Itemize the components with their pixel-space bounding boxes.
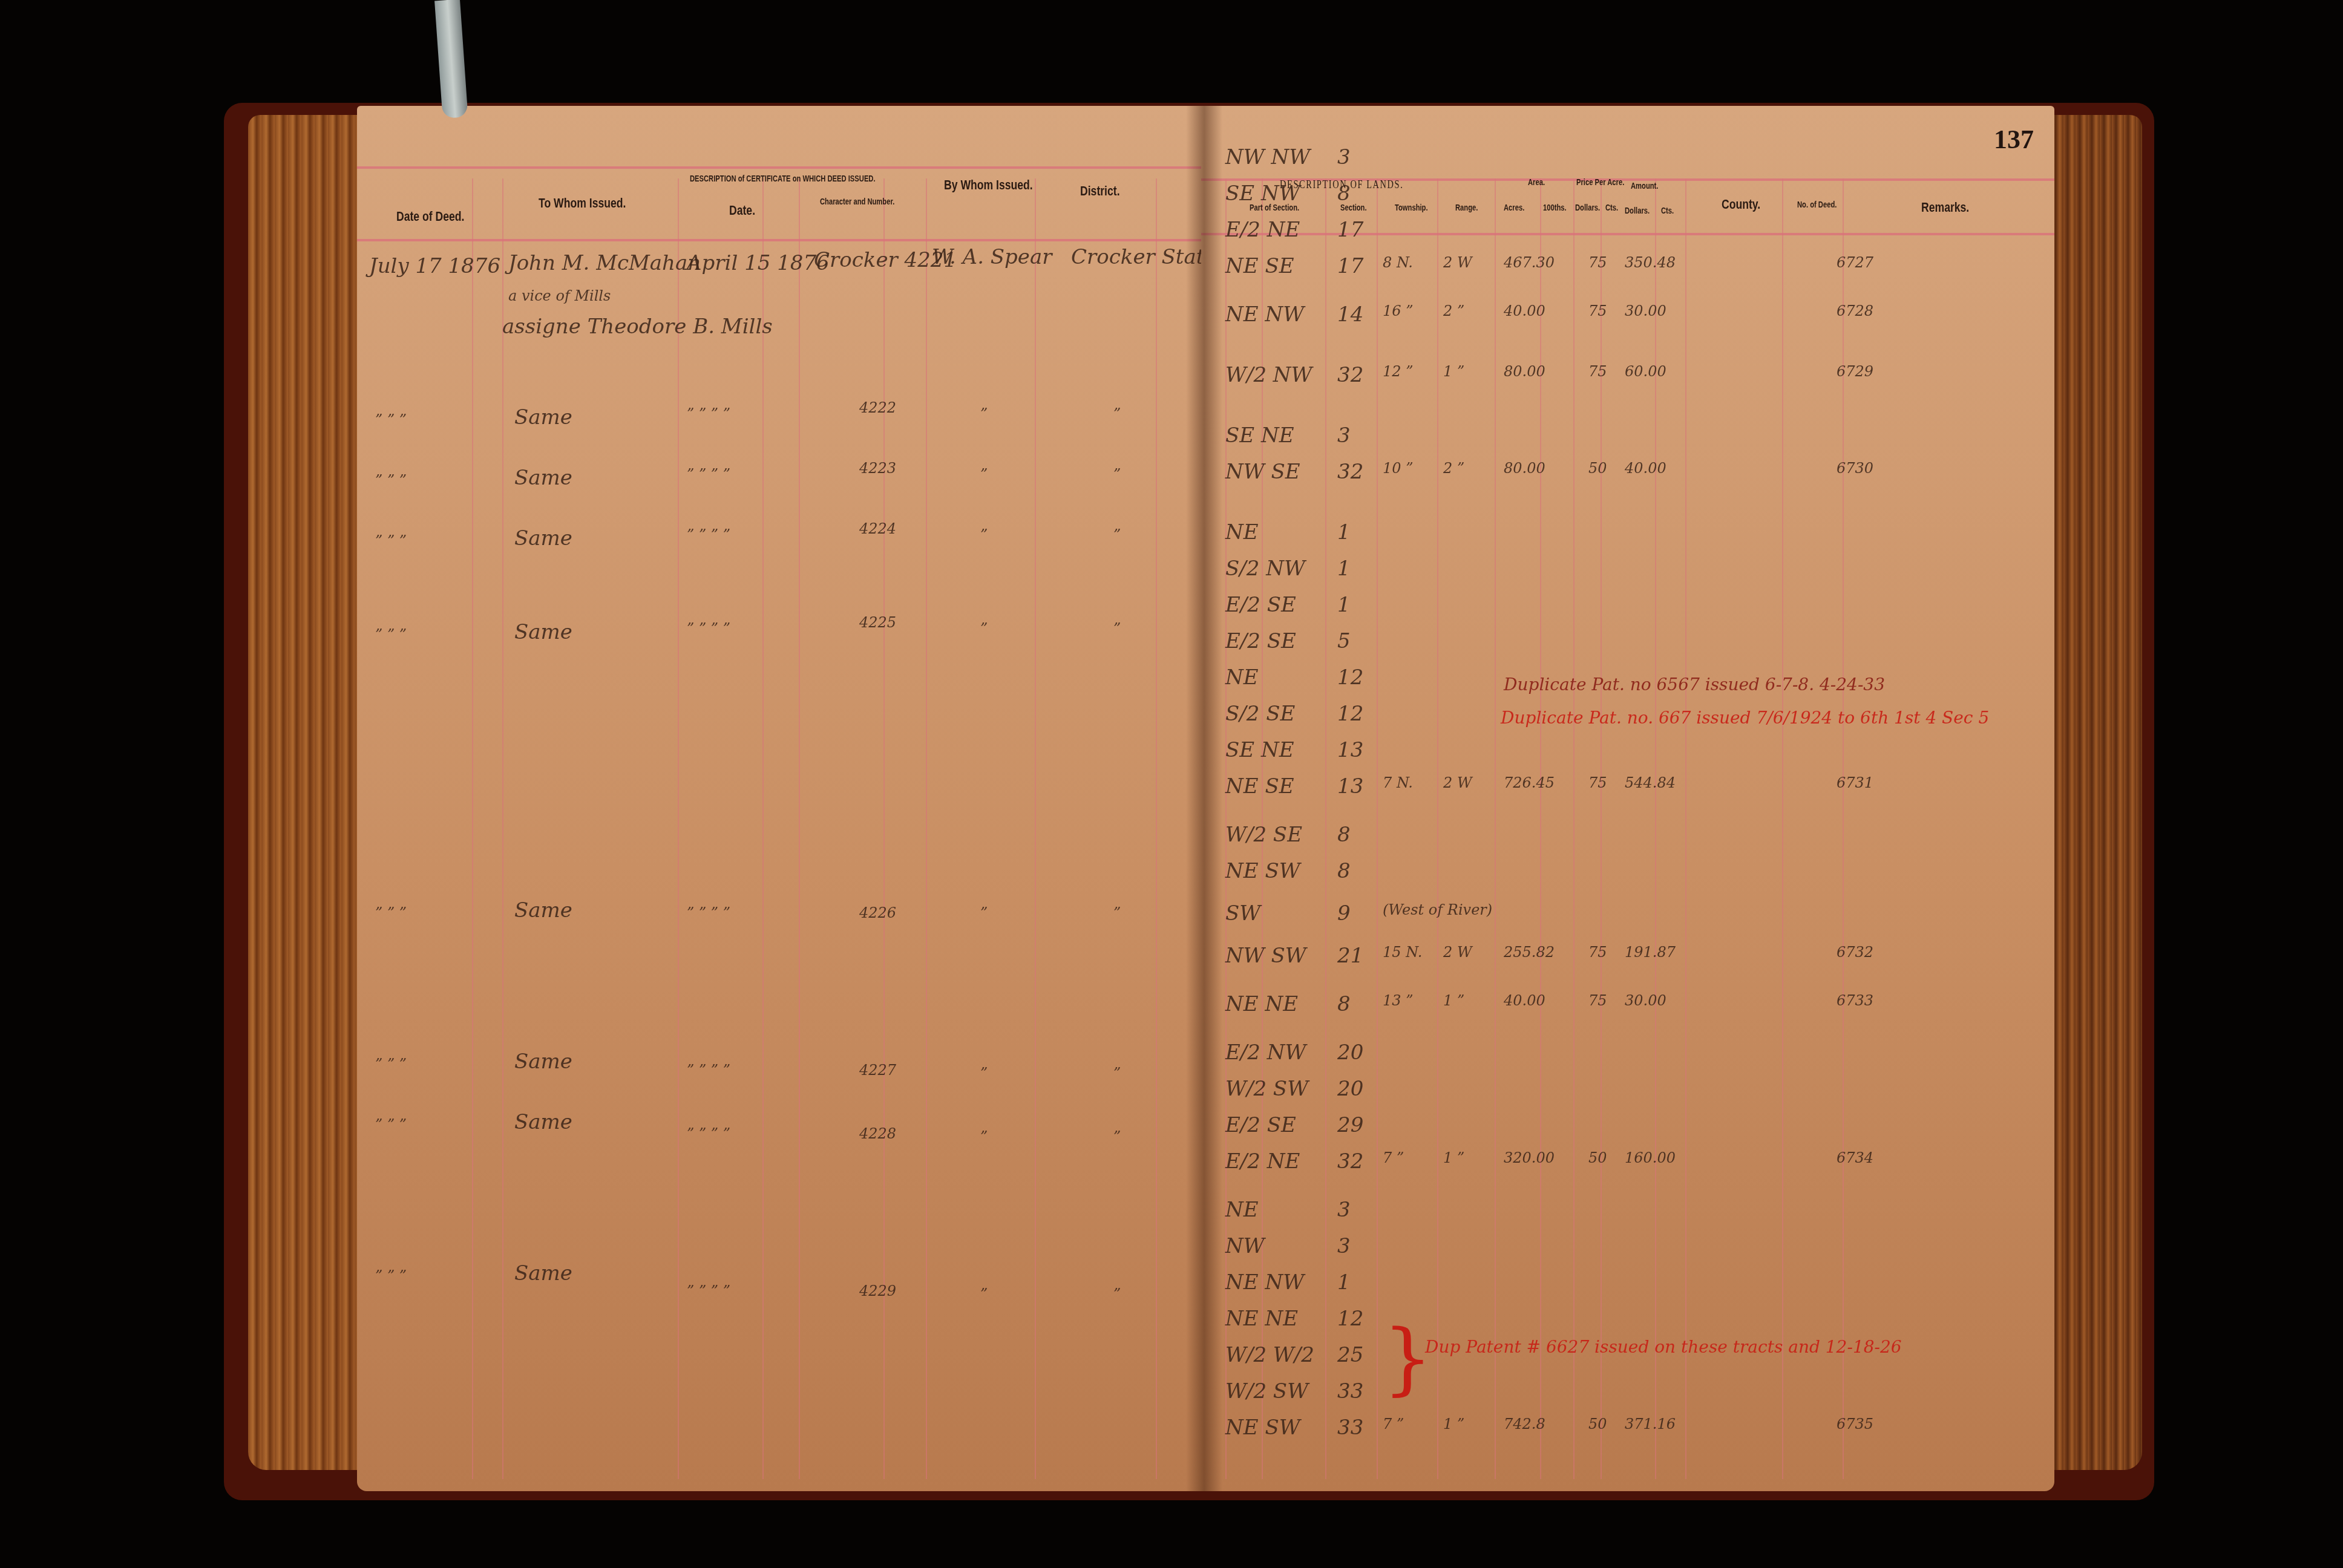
- land-deed-no: 6731: [1837, 774, 1873, 791]
- land-section: 29: [1337, 1113, 1363, 1137]
- land-range: 2 ”: [1443, 460, 1464, 477]
- land-amount: 30.00: [1625, 992, 1666, 1009]
- brace-icon: }: [1383, 1319, 1433, 1397]
- land-range: 1 ”: [1443, 992, 1464, 1009]
- land-section: 13: [1337, 738, 1363, 762]
- land-section: 1: [1337, 520, 1351, 544]
- entry-date-ditto: ” ” ”: [375, 626, 407, 643]
- entry-cert-date-ditto: ” ” ” ”: [687, 904, 730, 921]
- entry-by-whom-ditto: ”: [980, 1128, 988, 1145]
- entry-to-whom: Same: [514, 898, 572, 923]
- land-part: NW NW: [1225, 145, 1310, 169]
- land-township: 15 N.: [1383, 944, 1422, 961]
- land-deed-no: 6734: [1837, 1149, 1873, 1166]
- entry-to-whom: Same: [514, 405, 572, 430]
- land-part: S/2 SE: [1225, 702, 1295, 726]
- land-section: 32: [1337, 1149, 1363, 1174]
- header-bottom-rule: [1201, 233, 2054, 235]
- entry-assignee: assigne Theodore B. Mills: [502, 315, 773, 339]
- entry-cert-number: 4229: [859, 1282, 896, 1299]
- land-section: 3: [1337, 1234, 1351, 1258]
- land-section: 32: [1337, 363, 1363, 387]
- right-page: 137 DESCRIPTION OF LANDS. Part of Sectio…: [1201, 106, 2054, 1491]
- entry-cert-number: 4222: [859, 399, 896, 416]
- entry-cert-date-ditto: ” ” ” ”: [687, 466, 730, 483]
- header-district: District.: [1080, 183, 1120, 199]
- land-range: 2 W: [1443, 254, 1472, 271]
- entry-district-ditto: ”: [1113, 1285, 1121, 1302]
- page-edges-right: [2051, 115, 2142, 1470]
- entry-cert-number: 4228: [859, 1125, 896, 1142]
- entry-by-whom: W. A. Spear: [932, 245, 1052, 269]
- col-rule: [1782, 178, 1783, 1479]
- entry-cert-number: 4226: [859, 904, 896, 921]
- land-section: 5: [1337, 629, 1351, 653]
- land-township: 7 ”: [1383, 1149, 1404, 1166]
- col-rule: [1035, 178, 1036, 1479]
- entry-to-whom: Same: [514, 1110, 572, 1134]
- land-amount: 350.48: [1625, 254, 1676, 271]
- entry-by-whom-ditto: ”: [980, 1285, 988, 1302]
- col-rule: [1325, 178, 1326, 1479]
- col-rule: [926, 178, 927, 1479]
- header-top-rule: [357, 166, 1204, 169]
- entry-by-whom-ditto: ”: [980, 526, 988, 543]
- header-amount-cts: Cts.: [1661, 206, 1674, 215]
- col-rule: [762, 178, 764, 1479]
- land-part: E/2 SE: [1225, 629, 1296, 653]
- land-section: 8: [1337, 823, 1351, 847]
- header-county: County.: [1722, 197, 1760, 212]
- entry-date-ditto: ” ” ”: [375, 532, 407, 549]
- land-amount: 60.00: [1625, 363, 1666, 380]
- land-deed-no: 6735: [1837, 1416, 1873, 1432]
- land-deed-no: 6729: [1837, 363, 1873, 380]
- land-section: 3: [1337, 1198, 1351, 1222]
- land-part: SE NW: [1225, 181, 1300, 206]
- entry-district-ditto: ”: [1113, 904, 1121, 921]
- entry-to-whom: Same: [514, 620, 572, 644]
- land-section: 25: [1337, 1343, 1363, 1367]
- entry-note: a vice of Mills: [508, 287, 611, 304]
- entry-date-of-deed: July 17 1876: [369, 254, 500, 278]
- entry-cert-date-ditto: ” ” ” ”: [687, 1282, 730, 1299]
- land-price: 75: [1588, 992, 1607, 1009]
- entry-cert-number: 4224: [859, 520, 896, 537]
- header-acres: Acres.: [1504, 203, 1524, 212]
- entry-district-ditto: ”: [1113, 526, 1121, 543]
- land-price: 75: [1588, 774, 1607, 791]
- entry-date-ditto: ” ” ”: [375, 1267, 407, 1284]
- entry-to-whom: Same: [514, 1050, 572, 1074]
- col-rule: [1377, 178, 1378, 1479]
- land-amount: 30.00: [1625, 302, 1666, 319]
- land-part: NE: [1225, 520, 1259, 544]
- land-part: E/2 NE: [1225, 218, 1300, 242]
- land-price: 75: [1588, 363, 1607, 380]
- land-part: E/2 SE: [1225, 1113, 1296, 1137]
- land-price: 75: [1588, 944, 1607, 961]
- land-amount: 160.00: [1625, 1149, 1676, 1166]
- land-acres: 80.00: [1504, 460, 1545, 477]
- land-deed-no: 6733: [1837, 992, 1873, 1009]
- col-rule: [1437, 178, 1438, 1479]
- land-section: 14: [1337, 302, 1363, 327]
- land-part: NE SE: [1225, 774, 1294, 799]
- header-range: Range.: [1455, 203, 1478, 212]
- entry-to-whom: John M. McMahan: [508, 251, 701, 275]
- land-price: 75: [1588, 302, 1607, 319]
- land-part: NE: [1225, 1198, 1259, 1222]
- entry-cert-date-ditto: ” ” ” ”: [687, 526, 730, 543]
- header-cert-character-number: Character and Number.: [820, 197, 894, 206]
- land-township: 12 ”: [1383, 363, 1413, 380]
- land-price: 50: [1588, 460, 1607, 477]
- book-gutter: [1186, 106, 1222, 1491]
- land-part: E/2 SE: [1225, 593, 1296, 617]
- land-section: 8: [1337, 859, 1351, 883]
- entry-cert-number: 4227: [859, 1062, 896, 1079]
- land-price: 50: [1588, 1416, 1607, 1432]
- land-range: 2 W: [1443, 944, 1472, 961]
- entry-cert-date-ditto: ” ” ” ”: [687, 405, 730, 422]
- metal-page-clip: [434, 0, 468, 119]
- land-deed-no: 6728: [1837, 302, 1873, 319]
- land-acres: 726.45: [1504, 774, 1555, 791]
- col-rule: [678, 178, 679, 1479]
- land-deed-no: 6732: [1837, 944, 1873, 961]
- land-range: 2 ”: [1443, 302, 1464, 319]
- land-part: NE SE: [1225, 254, 1294, 278]
- col-rule: [502, 178, 503, 1479]
- land-acres: 320.00: [1504, 1149, 1555, 1166]
- land-range: 1 ”: [1443, 1149, 1464, 1166]
- land-acres: 80.00: [1504, 363, 1545, 380]
- land-amount: 544.84: [1625, 774, 1676, 791]
- land-part: SW: [1225, 901, 1260, 926]
- entry-by-whom-ditto: ”: [980, 904, 988, 921]
- entry-district-ditto: ”: [1113, 1065, 1121, 1082]
- entry-date-ditto: ” ” ”: [375, 1056, 407, 1073]
- land-part: W/2 SE: [1225, 823, 1302, 847]
- land-part: W/2 SW: [1225, 1077, 1308, 1101]
- header-no-of-deed: No. of Deed.: [1797, 200, 1837, 209]
- col-rule: [1685, 178, 1686, 1479]
- entry-cert-number: 4225: [859, 614, 896, 631]
- land-section: 1: [1337, 557, 1351, 581]
- header-remarks: Remarks.: [1921, 200, 1969, 215]
- land-part: NE: [1225, 665, 1259, 690]
- land-section: 8: [1337, 992, 1351, 1016]
- land-part: SE NE: [1225, 423, 1294, 448]
- land-deed-no: 6727: [1837, 254, 1873, 271]
- land-price: 75: [1588, 254, 1607, 271]
- entry-cert-number: 4223: [859, 460, 896, 477]
- land-township: 7 ”: [1383, 1416, 1404, 1432]
- header-by-whom-issued: By Whom Issued.: [944, 177, 1033, 193]
- remark-duplicate-patent-3: Dup Patent # 6627 issued on these tracts…: [1425, 1337, 1902, 1357]
- header-price-cts: Cts.: [1605, 203, 1618, 212]
- entry-cert-date-ditto: ” ” ” ”: [687, 620, 730, 637]
- land-amount: 40.00: [1625, 460, 1666, 477]
- land-range: 2 W: [1443, 774, 1472, 791]
- land-part: NE NE: [1225, 1307, 1298, 1331]
- entry-to-whom: Same: [514, 1261, 572, 1285]
- land-section: 1: [1337, 593, 1351, 617]
- entry-district-ditto: ”: [1113, 620, 1121, 637]
- land-part: NE SW: [1225, 859, 1300, 883]
- land-acres: 467.30: [1504, 254, 1555, 271]
- land-section: 9: [1337, 901, 1351, 926]
- land-part: NE SW: [1225, 1416, 1300, 1440]
- land-section: 17: [1337, 218, 1363, 242]
- land-township: 10 ”: [1383, 460, 1413, 477]
- land-price: 50: [1588, 1149, 1607, 1166]
- entry-cert-date: April 15 1876: [687, 251, 830, 275]
- header-price-per-acre: Price Per Acre.: [1576, 177, 1624, 187]
- land-acres: 40.00: [1504, 302, 1545, 319]
- header-amount: Amount.: [1631, 181, 1658, 191]
- entry-by-whom-ditto: ”: [980, 620, 988, 637]
- land-section: 1: [1337, 1270, 1351, 1295]
- header-bottom-rule: [357, 239, 1204, 241]
- left-page: Date of Deed. To Whom Issued. DESCRIPTIO…: [357, 106, 1204, 1491]
- col-rule: [1495, 178, 1496, 1479]
- land-section: 20: [1337, 1040, 1363, 1065]
- land-part: W/2 W/2: [1225, 1343, 1314, 1367]
- land-deed-no: 6730: [1837, 460, 1873, 477]
- land-section: 8: [1337, 181, 1351, 206]
- land-part: NW SW: [1225, 944, 1306, 968]
- land-part: E/2 NE: [1225, 1149, 1300, 1174]
- land-part: S/2 NW: [1225, 557, 1305, 581]
- land-section: 33: [1337, 1416, 1363, 1440]
- header-certificate-group: DESCRIPTION of CERTIFICATE on WHICH DEED…: [690, 174, 876, 183]
- entry-cert-date-ditto: ” ” ” ”: [687, 1125, 730, 1142]
- land-part: NW: [1225, 1234, 1265, 1258]
- col-rule: [1156, 178, 1157, 1479]
- entry-to-whom: Same: [514, 466, 572, 490]
- entry-by-whom-ditto: ”: [980, 1065, 988, 1082]
- header-area: Area.: [1528, 177, 1545, 187]
- header-to-whom-issued: To Whom Issued.: [539, 195, 626, 211]
- land-section: 12: [1337, 1307, 1363, 1331]
- land-part: E/2 NW: [1225, 1040, 1306, 1065]
- land-section: 12: [1337, 702, 1363, 726]
- land-township: 7 N.: [1383, 774, 1413, 791]
- entry-to-whom: Same: [514, 526, 572, 550]
- land-part: W/2 NW: [1225, 363, 1312, 387]
- header-date-of-deed: Date of Deed.: [396, 209, 464, 224]
- header-100ths: 100ths.: [1543, 203, 1567, 212]
- land-section: 32: [1337, 460, 1363, 484]
- entry-district-ditto: ”: [1113, 1128, 1121, 1145]
- land-section: 17: [1337, 254, 1363, 278]
- land-part: W/2 SW: [1225, 1379, 1308, 1403]
- page-edges-left: [248, 115, 363, 1470]
- land-township: 16 ”: [1383, 302, 1413, 319]
- land-section: 3: [1337, 145, 1351, 169]
- col-rule: [1573, 178, 1575, 1479]
- land-township: (West of River): [1383, 901, 1492, 918]
- entry-by-whom-ditto: ”: [980, 466, 988, 483]
- land-part: NE NE: [1225, 992, 1298, 1016]
- entry-by-whom-ditto: ”: [980, 405, 988, 422]
- land-section: 20: [1337, 1077, 1363, 1101]
- land-range: 1 ”: [1443, 1416, 1464, 1432]
- land-part: NE NW: [1225, 1270, 1304, 1295]
- land-part: NW SE: [1225, 460, 1300, 484]
- land-section: 21: [1337, 944, 1363, 968]
- header-amount-dollars: Dollars.: [1625, 206, 1650, 215]
- land-range: 1 ”: [1443, 363, 1464, 380]
- land-acres: 40.00: [1504, 992, 1545, 1009]
- land-acres: 255.82: [1504, 944, 1555, 961]
- land-township: 13 ”: [1383, 992, 1413, 1009]
- entry-district-ditto: ”: [1113, 405, 1121, 422]
- header-cert-date: Date.: [729, 203, 755, 218]
- col-rule: [472, 178, 473, 1479]
- header-price-dollars: Dollars.: [1575, 203, 1600, 212]
- land-section: 12: [1337, 665, 1363, 690]
- land-part: NE NW: [1225, 302, 1304, 327]
- page-number: 137: [1994, 124, 2034, 155]
- land-section: 13: [1337, 774, 1363, 799]
- entry-cert-date-ditto: ” ” ” ”: [687, 1062, 730, 1079]
- land-amount: 371.16: [1625, 1416, 1676, 1432]
- entry-date-ditto: ” ” ”: [375, 904, 407, 921]
- land-amount: 191.87: [1625, 944, 1676, 961]
- header-township: Township.: [1395, 203, 1428, 212]
- land-township: 8 N.: [1383, 254, 1413, 271]
- remark-duplicate-patent-1: Duplicate Pat. no 6567 issued 6-7-8. 4-2…: [1504, 675, 1885, 694]
- entry-date-ditto: ” ” ”: [375, 411, 407, 428]
- remark-duplicate-patent-2: Duplicate Pat. no. 667 issued 7/6/1924 t…: [1501, 708, 1989, 728]
- land-section: 3: [1337, 423, 1351, 448]
- land-acres: 742.8: [1504, 1416, 1545, 1432]
- entry-date-ditto: ” ” ”: [375, 472, 407, 489]
- col-rule: [799, 178, 800, 1479]
- land-part: SE NE: [1225, 738, 1294, 762]
- land-section: 33: [1337, 1379, 1363, 1403]
- entry-district-ditto: ”: [1113, 466, 1121, 483]
- entry-date-ditto: ” ” ”: [375, 1116, 407, 1133]
